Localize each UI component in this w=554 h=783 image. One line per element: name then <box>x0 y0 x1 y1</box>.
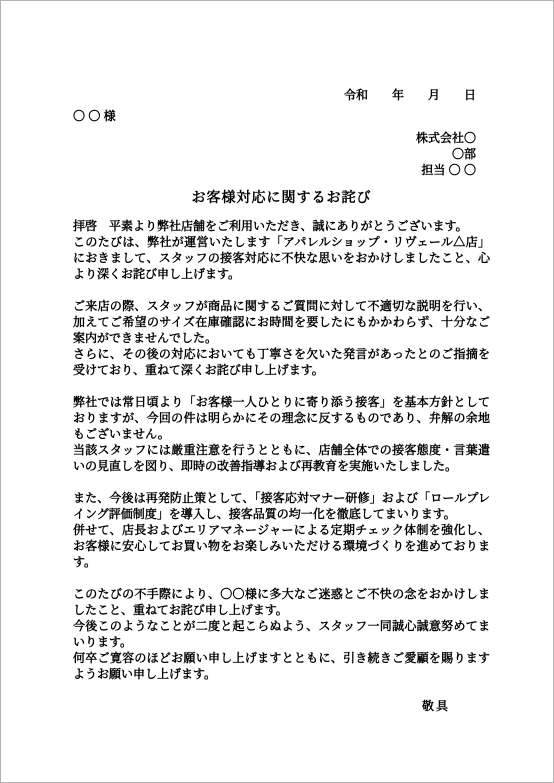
sentence: 併せて、店長およびエリアマネージャーによる定期チェック体制を強化し、お客様に安心… <box>73 522 490 570</box>
paragraph-incident: ご来店の際、スタッフが商品に関するご質問に対して不適切な説明を行い、加えてご希望… <box>73 298 490 378</box>
paragraph-policy: 弊社では常日頃より「お客様一人ひとりに寄り添う接客」を基本方針としておりますが、… <box>73 394 490 474</box>
sentence: 弊社では常日頃より「お客様一人ひとりに寄り添う接客」を基本方針としておりますが、… <box>73 394 490 442</box>
paragraph-greeting: 拝啓 平素より弊社店舗をご利用いただき、誠にありがとうございます。 このたびは、… <box>73 218 490 282</box>
sender-department: 〇部 <box>73 146 476 162</box>
sender-company: 株式会社〇 <box>73 130 476 146</box>
letter-title: お客様対応に関するお詫び <box>73 187 490 207</box>
sentence: 拝啓 平素より弊社店舗をご利用いただき、誠にありがとうございます。 <box>73 218 490 234</box>
sentence: ご来店の際、スタッフが商品に関するご質問に対して不適切な説明を行い、加えてご希望… <box>73 298 490 346</box>
closing-keigu: 敬具 <box>73 698 490 714</box>
recipient-name: 〇 〇 様 <box>73 108 490 124</box>
letter-date: 令和 年 月 日 <box>73 87 490 103</box>
paragraph-final-apology: このたびの不手際により、〇〇様に多大なご迷惑とご不快の念をおかけしましたこと、重… <box>73 586 490 682</box>
apology-letter-page: 令和 年 月 日 〇 〇 様 株式会社〇 〇部 担当 〇 〇 お客様対応に関する… <box>0 0 554 783</box>
paragraph-prevention: また、今後は再発防止策として、「接客応対マナー研修」および「ロールプレイング評価… <box>73 490 490 570</box>
sentence: さらに、その後の対応においても丁寧さを欠いた発言があったとのご指摘を受けており、… <box>73 346 490 378</box>
sentence: このたびの不手際により、〇〇様に多大なご迷惑とご不快の念をおかけしましたこと、重… <box>73 586 490 618</box>
sentence: 今後このようなことが二度と起こらぬよう、スタッフ一同誠心誠意努めてまいります。 <box>73 618 490 650</box>
letter-body: 拝啓 平素より弊社店舗をご利用いただき、誠にありがとうございます。 このたびは、… <box>73 218 490 682</box>
sentence: このたびは、弊社が運営いたします「アパレルショップ・リヴェール△店」におきまして… <box>73 234 490 282</box>
sentence: 何卒ご寛容のほどお願い申し上げますとともに、引き続きご愛顧を賜りますようお願い申… <box>73 650 490 682</box>
sender-block: 株式会社〇 〇部 担当 〇 〇 <box>73 130 490 178</box>
sentence: また、今後は再発防止策として、「接客応対マナー研修」および「ロールプレイング評価… <box>73 490 490 522</box>
sender-contact: 担当 〇 〇 <box>73 162 476 178</box>
sentence: 当該スタッフには厳重注意を行うとともに、店舗全体での接客態度・言葉遣いの見直しを… <box>73 442 490 474</box>
